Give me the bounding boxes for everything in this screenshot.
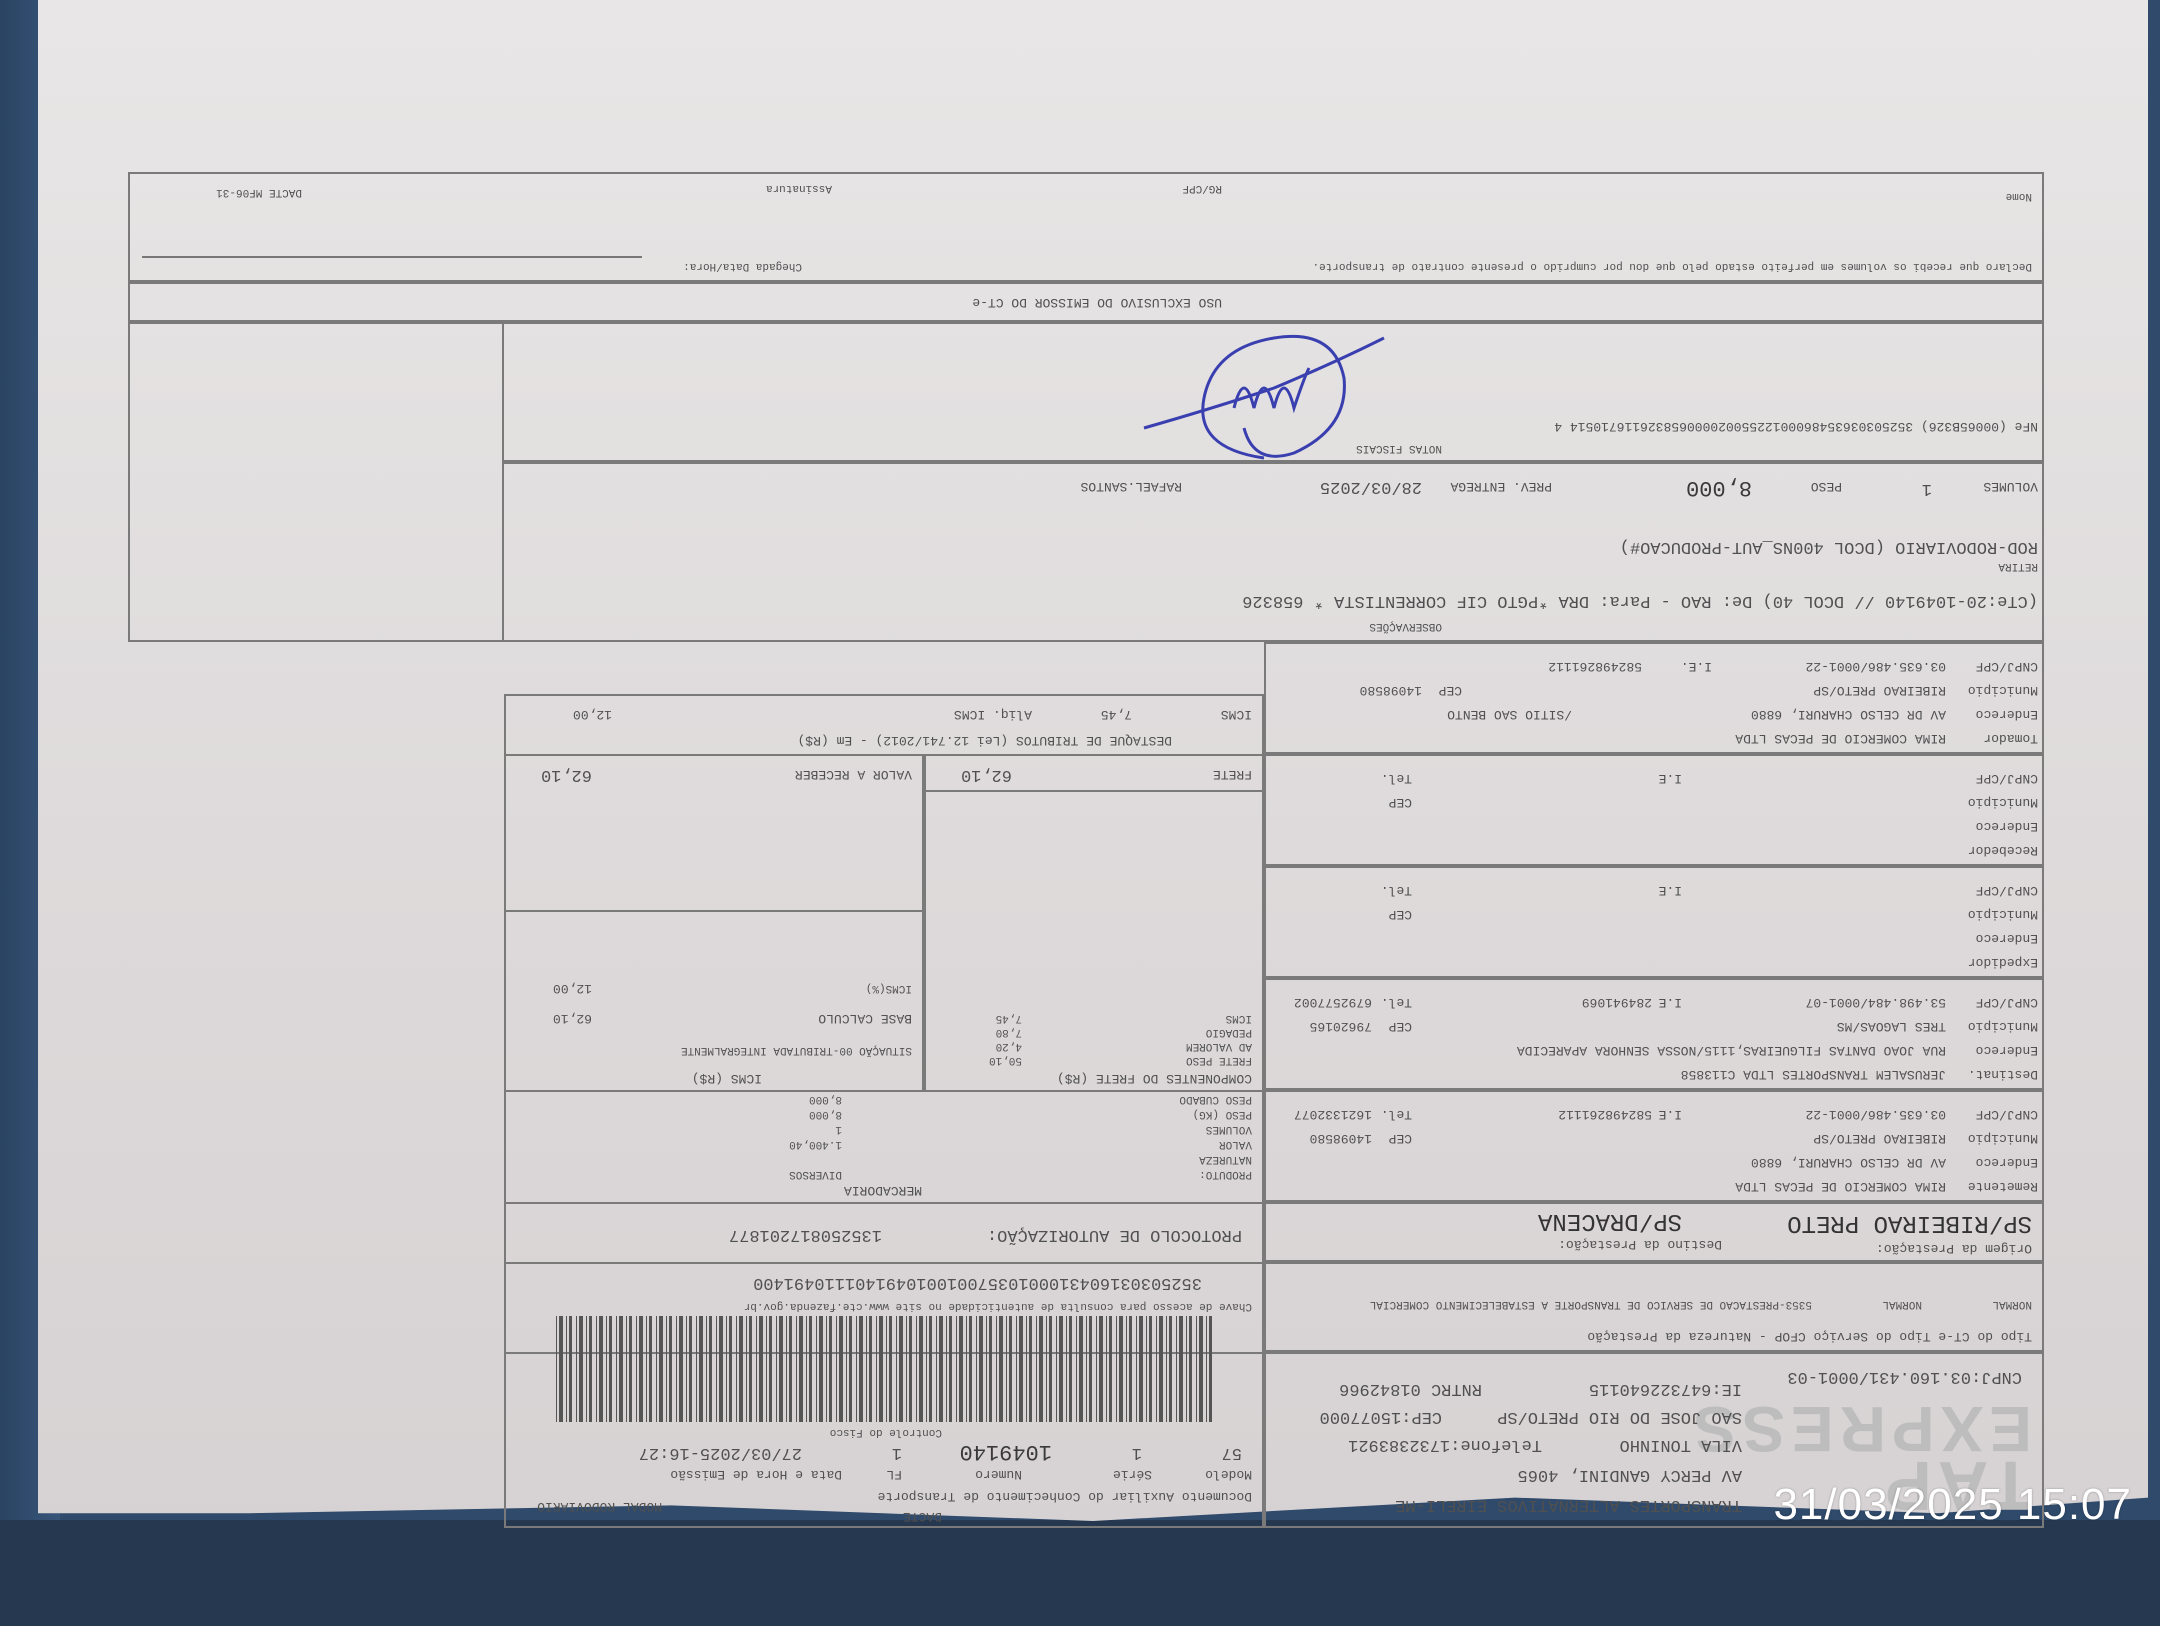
icms-title: ICMS (R$) bbox=[692, 1071, 762, 1086]
tax-highlight-title: DESTAQUE DE TRIBUTOS (Lei 12.741/2012) -… bbox=[798, 733, 1172, 748]
sender-ie: 582498261112 bbox=[1558, 1107, 1652, 1122]
modal-label: MODAL RODOVIARIO bbox=[537, 1499, 662, 1514]
company-cnpj: CNPJ:03.160.431/0001-03 bbox=[1787, 1367, 2022, 1386]
goods-title: MERCADORIA bbox=[844, 1183, 922, 1198]
amount-due-label: VALOR A RECEBER bbox=[795, 767, 912, 782]
obs-weight-label: PESO bbox=[1811, 479, 1842, 494]
numero-value: 1049140 bbox=[960, 1439, 1052, 1464]
service-type: NORMAL bbox=[1882, 1298, 1922, 1310]
serie-label: Série bbox=[1113, 1467, 1152, 1482]
goods-row-label: PRODUTO: bbox=[1199, 1168, 1252, 1180]
shipper-ie-label: I.E bbox=[1659, 883, 1682, 898]
receiver-tel-label: Tel. bbox=[1381, 771, 1412, 786]
company-address: AV PERCY GANDINI, 4065 bbox=[1518, 1465, 1742, 1484]
cte-type: NORMAL bbox=[1992, 1298, 2032, 1310]
receiver-ie-label: I.E bbox=[1659, 771, 1682, 786]
observations-line-3: ROD-RODOVIARIO (DCOL 400NS_AUT-PRODUCAO#… bbox=[1620, 537, 2038, 556]
photo-timestamp: 31/03/2025 15:07 bbox=[1773, 1480, 2132, 1530]
payer-ie-label: I.E. bbox=[1681, 659, 1712, 674]
sender-tel-label: Tel. bbox=[1381, 1107, 1412, 1122]
recipient-cep: 79620165 bbox=[1310, 1019, 1372, 1034]
receipt-name-label: Nome bbox=[2006, 190, 2032, 202]
company-city: SAO JOSE DO RIO PRETO/SP bbox=[1497, 1407, 1742, 1426]
sender-cep-label: CEP bbox=[1389, 1131, 1412, 1146]
company-name: TRANSPORTES ALTERNATIVOS EIRELI-ME bbox=[1395, 1495, 1742, 1514]
sender-cnpj: 03.635.486/0001-22 bbox=[1806, 1107, 1946, 1122]
handwritten-signature bbox=[1134, 308, 1404, 468]
recipient-name: JERUSALEM TRANSPORTES LTDA C113858 bbox=[1681, 1067, 1946, 1082]
freight-row-value: 4,20 bbox=[996, 1040, 1022, 1052]
company-district: VILA TONINHO bbox=[1620, 1435, 1742, 1454]
payer-cep: 14098580 bbox=[1360, 683, 1422, 698]
recipient-cep-label: CEP bbox=[1389, 1019, 1412, 1034]
observations-line-2: RETIRA bbox=[1998, 560, 2038, 572]
observations-box: OBSERVAÇÕES (CTe:20-1049140 // DCOL 40) … bbox=[504, 462, 2044, 642]
origin-value: SP/RIBEIRAO PRETO bbox=[1787, 1209, 2032, 1236]
issuer-exclusive-box bbox=[128, 322, 504, 642]
company-ie: IE:647322640115 bbox=[1589, 1379, 1742, 1398]
arrival-label: Chegada Data/Hora: bbox=[683, 260, 802, 272]
freight-row-label: PEDAGIO bbox=[1206, 1026, 1252, 1038]
receiver-cnpj-label: CNPJ/CPF bbox=[1976, 771, 2038, 786]
invoice-nfe: NFe (00065B326) 352503036354860001225500… bbox=[1554, 419, 2038, 434]
protocol-value: 135250817201877 bbox=[729, 1225, 882, 1244]
shipper-city-label: Municipio bbox=[1968, 907, 2038, 922]
icms-box: ICMS (R$) SITUAÇÃO 00-TRIBUTADA INTEGRAL… bbox=[504, 910, 924, 1090]
observations-title: OBSERVAÇÕES bbox=[1369, 620, 1442, 632]
icms-base: 62,10 bbox=[553, 1011, 592, 1026]
tax-highlight-box: DESTAQUE DE TRIBUTOS (Lei 12.741/2012) -… bbox=[504, 694, 1264, 754]
destination-value: SP/DRACENA bbox=[1538, 1207, 1682, 1234]
fl-label: FL bbox=[886, 1467, 902, 1482]
fl-value: 1 bbox=[892, 1443, 902, 1462]
shipper-box: Expedidor Endereco Municipio CEP CNPJ/CP… bbox=[1264, 866, 2044, 978]
payer-address-complement: /SITIO SAO BENTO bbox=[1447, 707, 1572, 722]
goods-row-label: VALOR bbox=[1219, 1138, 1252, 1150]
emissao-value: 27/03/2025-16:27 bbox=[639, 1443, 802, 1462]
goods-row-label: VOLUMES bbox=[1206, 1123, 1252, 1135]
origin-label: Origem da Prestação: bbox=[1876, 1241, 2032, 1256]
freight-components-box: COMPONENTES DO FRETE (R$) FRETE PESO50,1… bbox=[924, 790, 1264, 1090]
cfop: 5353-PRESTACAO DE SERVICO DE TRANSPORTE … bbox=[1370, 1298, 1812, 1310]
recipient-tel-label: Tel. bbox=[1381, 995, 1412, 1010]
modelo-label: Modelo bbox=[1205, 1467, 1252, 1482]
recipient-ie-label: I.E bbox=[1659, 995, 1682, 1010]
icms-situation: SITUAÇÃO 00-TRIBUTADA INTEGRALMENTE bbox=[681, 1044, 912, 1056]
obs-volumes-label: VOLUMES bbox=[1983, 479, 2038, 494]
sender-tel: 1621332077 bbox=[1294, 1107, 1372, 1122]
freight-total-box: FRETE 62,10 bbox=[924, 754, 1264, 790]
access-key-box: Chave de acesso para consulta de autenti… bbox=[504, 1262, 1264, 1352]
service-type-label: Tipo do CT-e Tipo do Serviço CFOP - Natu… bbox=[1587, 1329, 2032, 1344]
amount-due-box: VALOR A RECEBER 62,10 bbox=[504, 754, 924, 910]
numero-label: Numero bbox=[975, 1467, 1022, 1482]
recipient-box: Destinat. JERUSALEM TRANSPORTES LTDA C11… bbox=[1264, 978, 2044, 1090]
sender-address-label: Endereco bbox=[1976, 1155, 2038, 1170]
freight-row-label: AD VALOREM bbox=[1186, 1040, 1252, 1052]
tax-icms-label: ICMS bbox=[1221, 707, 1252, 722]
goods-row-value: 1.400,40 bbox=[789, 1138, 842, 1150]
receipt-signature-label: Assinatura bbox=[766, 182, 832, 194]
dacte-title: DACTE bbox=[903, 1509, 942, 1524]
goods-row-value: 8,000 bbox=[809, 1093, 842, 1105]
payer-ie: 582498261112 bbox=[1548, 659, 1642, 674]
payer-address: AV DR CELSO CHARURI, 6880 bbox=[1751, 707, 1946, 722]
barcode bbox=[552, 1352, 1212, 1422]
freight-total: 62,10 bbox=[961, 765, 1012, 784]
receiver-city-label: Municipio bbox=[1968, 795, 2038, 810]
sender-city-label: Municipio bbox=[1968, 1131, 2038, 1146]
serie-value: 1 bbox=[1132, 1443, 1142, 1462]
receiver-cep-label: CEP bbox=[1389, 795, 1412, 810]
shipper-cep-label: CEP bbox=[1389, 907, 1412, 922]
payer-cep-label: CEP bbox=[1439, 683, 1462, 698]
sender-label: Remetente bbox=[1968, 1179, 2038, 1194]
goods-row-label: PESO (KG) bbox=[1193, 1108, 1252, 1120]
sender-name: RIMA COMERCIO DE PECAS LTDA bbox=[1735, 1179, 1946, 1194]
sender-ie-label: I.E bbox=[1659, 1107, 1682, 1122]
protocol-box: PROTOCOLO DE AUTORIZAÇÃO: 13525081720187… bbox=[504, 1202, 1264, 1262]
access-key: 3525030316043100010357001001049140111049… bbox=[753, 1273, 1202, 1292]
obs-delivery-date: 28/03/2025 bbox=[1320, 477, 1422, 496]
freight-components-title: COMPONENTES DO FRETE (R$) bbox=[1057, 1071, 1252, 1086]
obs-delivery-label: PREV. ENTREGA bbox=[1451, 479, 1552, 494]
recipient-city: TRES LAGOAS/MS bbox=[1837, 1019, 1946, 1034]
observations-line-1: (CTe:20-1049140 // DCOL 40) De: RAO - Pa… bbox=[1242, 591, 2038, 610]
emissao-label: Data e Hora de Emissão bbox=[670, 1467, 842, 1482]
company-cep: CEP:15077000 bbox=[1320, 1407, 1442, 1426]
dacte-subtitle: Documento Auxiliar do Conhecimento de Tr… bbox=[878, 1489, 1252, 1504]
access-key-label: Chave de acesso para consulta de autenti… bbox=[744, 1300, 1252, 1312]
recipient-label: Destinat. bbox=[1968, 1067, 2038, 1082]
freight-row-value: 7,80 bbox=[996, 1026, 1022, 1038]
receipt-stub: Declaro que recebi os volumes em perfeit… bbox=[128, 172, 2044, 282]
payer-cnpj-label: CNPJ/CPF bbox=[1976, 659, 2038, 674]
modelo-value: 57 bbox=[1222, 1443, 1242, 1462]
recipient-address-label: Endereco bbox=[1976, 1043, 2038, 1058]
sender-cep: 14098580 bbox=[1310, 1131, 1372, 1146]
route-box: Origem da Prestação: SP/RIBEIRAO PRETO D… bbox=[1264, 1202, 2044, 1262]
issuer-exclusive-header: USO EXCLUSIVO DO EMISSOR DO CT-e bbox=[128, 282, 2044, 322]
barcode-label: Controle do Fisco bbox=[830, 1426, 942, 1438]
payer-box: Tomador RIMA COMERCIO DE PECAS LTDA Ende… bbox=[1264, 642, 2044, 754]
shipper-address-label: Endereco bbox=[1976, 931, 2038, 946]
obs-responsible: RAFAEL.SANTOS bbox=[1081, 479, 1182, 494]
dacte-id-box: DACTE MODAL RODOVIARIO Documento Auxilia… bbox=[504, 1352, 1264, 1528]
recipient-ie: 284941069 bbox=[1582, 995, 1652, 1010]
icms-base-label: BASE CALCULO bbox=[818, 1011, 912, 1026]
icms-rate-label: ICMS(%) bbox=[866, 982, 912, 994]
recipient-address: RUA JOAO DANTAS FILGUEIRAS,1115/NOSSA SE… bbox=[1517, 1043, 1946, 1058]
recipient-tel: 6792577002 bbox=[1294, 995, 1372, 1010]
protocol-label: PROTOCOLO DE AUTORIZAÇÃO: bbox=[987, 1225, 1242, 1244]
goods-row-label: PESO CUBADO bbox=[1179, 1093, 1252, 1105]
sender-address: AV DR CELSO CHARURI, 6880 bbox=[1751, 1155, 1946, 1170]
freight-row-label: FRETE PESO bbox=[1186, 1054, 1252, 1066]
form-code: DACTE MF06-31 bbox=[216, 186, 302, 198]
desk-background-bottom bbox=[0, 1520, 2160, 1626]
service-type-box: Tipo do CT-e Tipo do Serviço CFOP - Natu… bbox=[1264, 1262, 2044, 1352]
payer-label: Tomador bbox=[1983, 731, 2038, 746]
recipient-city-label: Municipio bbox=[1968, 1019, 2038, 1034]
payer-city: RIBEIRAO PRETO/SP bbox=[1813, 683, 1946, 698]
barcode-continued bbox=[552, 1316, 1212, 1356]
dacte-document: TAP EXPRESS TRANSPORTES ALTERNATIVOS EIR… bbox=[128, 148, 2044, 1528]
sender-box: Remetente RIMA COMERCIO DE PECAS LTDA En… bbox=[1264, 1090, 2044, 1202]
sender-cnpj-label: CNPJ/CPF bbox=[1976, 1107, 2038, 1122]
shipper-label: Expedidor bbox=[1968, 955, 2038, 970]
destination-label: Destino da Prestação: bbox=[1558, 1237, 1722, 1252]
tax-rate: 12,00 bbox=[573, 707, 612, 722]
receiver-label: Recebedor bbox=[1968, 843, 2038, 858]
company-logo-sub: EXPRESS bbox=[1688, 1392, 2032, 1466]
arrival-field-line[interactable] bbox=[142, 256, 642, 258]
goods-row-label: NATUREZA bbox=[1199, 1153, 1252, 1165]
company-phone: Telefone:1732383921 bbox=[1348, 1435, 1542, 1454]
company-rntrc: RNTRC 01842966 bbox=[1339, 1379, 1482, 1398]
tax-rate-label: Aliq. ICMS bbox=[954, 707, 1032, 722]
receiver-address-label: Endereco bbox=[1976, 819, 2038, 834]
freight-row-value: 50,10 bbox=[989, 1054, 1022, 1066]
recipient-cnpj: 53.498.484/0001-07 bbox=[1806, 995, 1946, 1010]
freight-total-label: FRETE bbox=[1213, 767, 1252, 782]
goods-row-value: 1 bbox=[835, 1123, 842, 1135]
receipt-declaration: Declaro que recebi os volumes em perfeit… bbox=[1312, 260, 2032, 272]
payer-name: RIMA COMERCIO DE PECAS LTDA bbox=[1735, 731, 1946, 746]
payer-cnpj: 03.635.486/0001-22 bbox=[1806, 659, 1946, 674]
obs-weight: 8,000 bbox=[1686, 475, 1752, 500]
goods-box: MERCADORIA PRODUTO:DIVERSOSNATUREZAVALOR… bbox=[504, 1090, 1264, 1202]
obs-volumes: 1 bbox=[1922, 479, 1932, 498]
icms-rate: 12,00 bbox=[553, 981, 592, 996]
payer-city-label: Municipio bbox=[1968, 683, 2038, 698]
shipper-tel-label: Tel. bbox=[1381, 883, 1412, 898]
amount-due: 62,10 bbox=[541, 765, 592, 784]
freight-row-value: 7,45 bbox=[996, 1012, 1022, 1024]
recipient-cnpj-label: CNPJ/CPF bbox=[1976, 995, 2038, 1010]
sender-city: RIBEIRAO PRETO/SP bbox=[1813, 1131, 1946, 1146]
freight-row-label: ICMS bbox=[1226, 1012, 1252, 1024]
receipt-id-label: RG/CPF bbox=[1182, 182, 1222, 194]
tax-icms: 7,45 bbox=[1101, 707, 1132, 722]
goods-row-value: DIVERSOS bbox=[789, 1168, 842, 1180]
payer-address-label: Endereco bbox=[1976, 707, 2038, 722]
issuer-exclusive-label: USO EXCLUSIVO DO EMISSOR DO CT-e bbox=[972, 295, 1222, 310]
shipper-cnpj-label: CNPJ/CPF bbox=[1976, 883, 2038, 898]
receiver-box: Recebedor Endereco Municipio CEP CNPJ/CP… bbox=[1264, 754, 2044, 866]
goods-row-value: 8,000 bbox=[809, 1108, 842, 1120]
